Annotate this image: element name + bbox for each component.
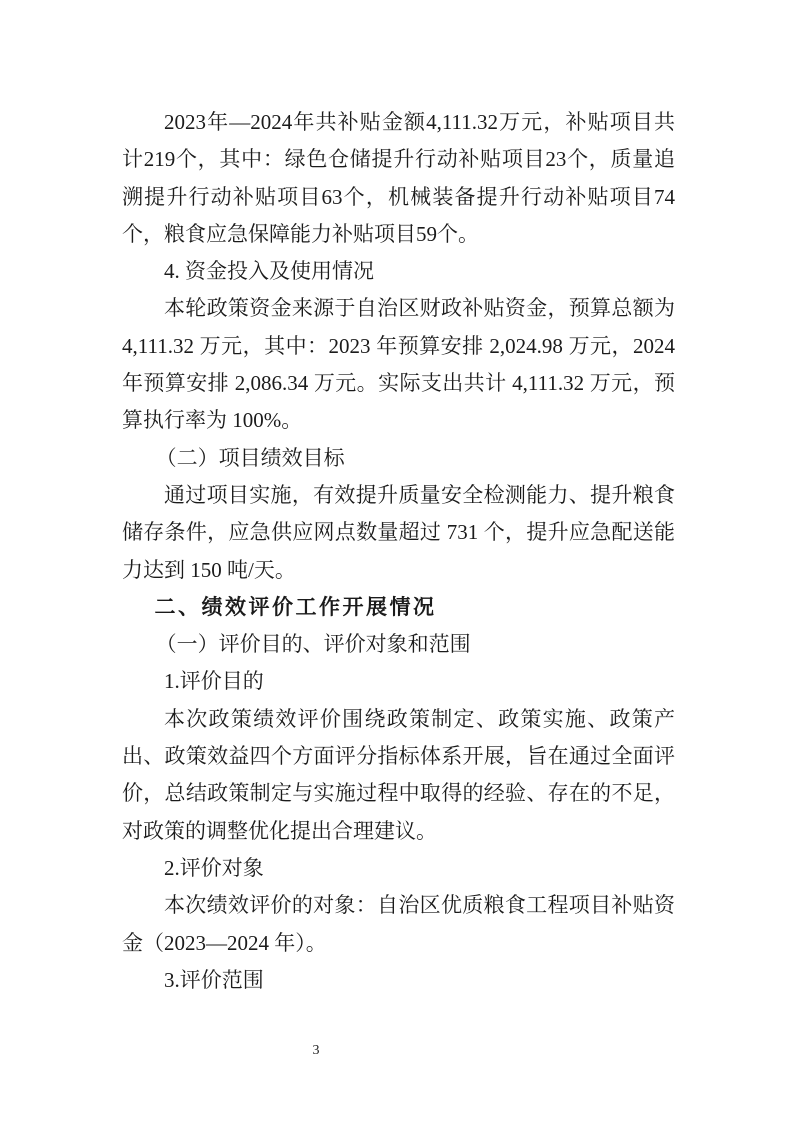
document-page: 2023年—2024年共补贴金额4,111.32万元，补贴项目共计219个，其中…: [0, 0, 793, 1122]
numbered-item-evaluation-scope: 3.评价范围: [122, 962, 675, 999]
paragraph-evaluation-purpose: 本次政策绩效评价围绕政策制定、政策实施、政策产出、政策效益四个方面评分指标体系开…: [122, 701, 675, 850]
heading-evaluation-work: 二、绩效评价工作开展情况: [122, 589, 675, 626]
paragraph-subsidy-summary: 2023年—2024年共补贴金额4,111.32万元，补贴项目共计219个，其中…: [122, 104, 675, 253]
numbered-item-funds-usage: 4. 资金投入及使用情况: [122, 253, 675, 290]
paragraph-performance-goals: 通过项目实施，有效提升质量安全检测能力、提升粮食储存条件，应急供应网点数量超过 …: [122, 477, 675, 589]
heading-project-performance-goals: （二）项目绩效目标: [122, 440, 675, 477]
paragraph-evaluation-object: 本次绩效评价的对象：自治区优质粮食工程项目补贴资金（2023—2024 年）。: [122, 887, 675, 962]
numbered-item-evaluation-purpose: 1.评价目的: [122, 663, 675, 700]
paragraph-budget-details: 本轮政策资金来源于自治区财政补贴资金，预算总额为 4,111.32 万元，其中：…: [122, 290, 675, 439]
numbered-item-evaluation-object: 2.评价对象: [122, 850, 675, 887]
document-text-block: 2023年—2024年共补贴金额4,111.32万元，补贴项目共计219个，其中…: [122, 104, 675, 999]
heading-evaluation-purpose-scope: （一）评价目的、评价对象和范围: [122, 626, 675, 663]
page-number: 3: [306, 1042, 326, 1060]
